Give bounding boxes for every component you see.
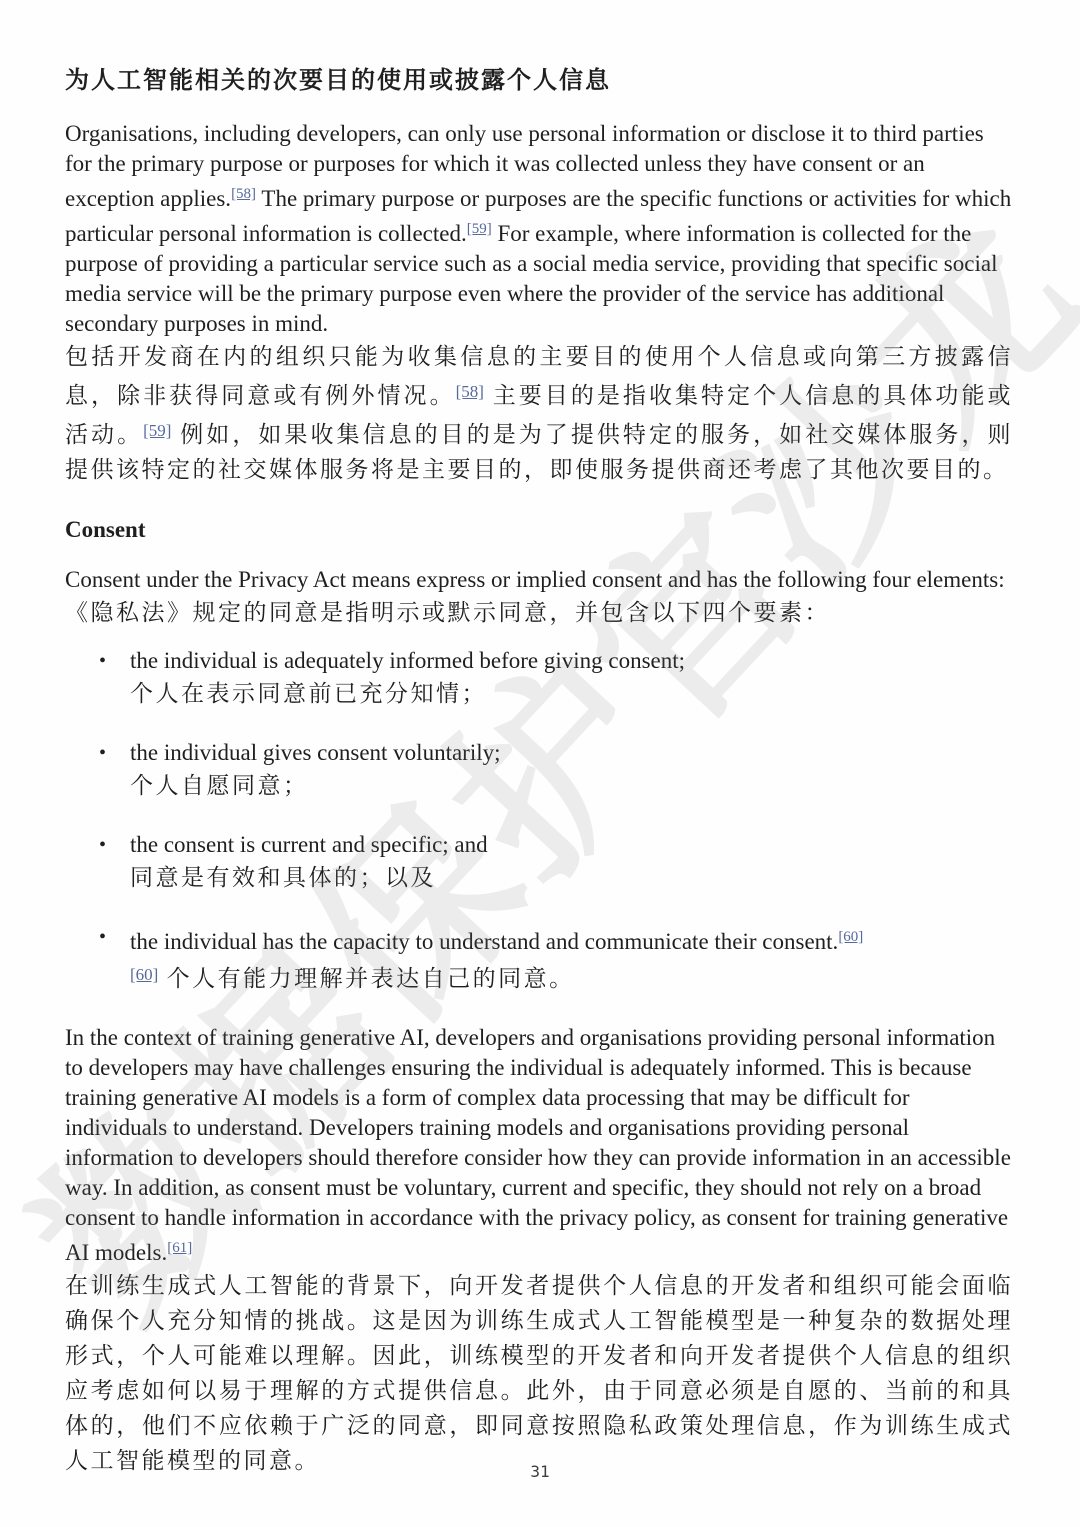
paragraph-secondary-purpose-cn: 包括开发商在内的组织只能为收集信息的主要目的使用个人信息或向第三方披露信息，除非… [65, 339, 1013, 487]
footnote-link-59-cn[interactable]: [59] [143, 421, 171, 440]
list-item-cn: 个人自愿同意； [130, 768, 1013, 803]
consent-intro-cn: 《隐私法》规定的同意是指明示或默示同意，并包含以下四个要素： [65, 595, 1013, 630]
list-item-cn: 个人在表示同意前已充分知情； [130, 676, 1013, 711]
body-text-cn: 例如，如果收集信息的目的是为了提供特定的服务，如社交媒体服务，则提供该特定的社交… [65, 422, 1013, 482]
list-item-voluntary: • the individual gives consent voluntari… [65, 738, 1013, 803]
list-item-en: the individual is adequately informed be… [130, 646, 1013, 676]
list-item-cn: 同意是有效和具体的；以及 [130, 860, 1013, 895]
list-item-en: the individual has the capacity to under… [130, 922, 1013, 957]
paragraph-training-context-cn: 在训练生成式人工智能的背景下，向开发者提供个人信息的开发者和组织可能会面临确保个… [65, 1268, 1013, 1478]
section-heading-secondary-purpose: 为人工智能相关的次要目的使用或披露个人信息 [65, 60, 1013, 95]
paragraph-consent-intro: Consent under the Privacy Act means expr… [65, 565, 1013, 630]
page-number: 31 [0, 1462, 1080, 1481]
body-text-cn: 个人有能力理解并表达自己的同意。 [158, 966, 574, 991]
body-text: the individual has the capacity to under… [130, 929, 838, 954]
footnote-link-58-cn[interactable]: [58] [456, 382, 484, 401]
footnote-link-58[interactable]: [58] [231, 186, 256, 202]
footnote-link-60-cn[interactable]: [60] [130, 965, 158, 984]
page-content: 为人工智能相关的次要目的使用或披露个人信息 Organisations, inc… [65, 60, 1013, 1494]
list-item-current-specific: • the consent is current and specific; a… [65, 830, 1013, 895]
list-item-cn: [60] 个人有能力理解并表达自己的同意。 [130, 957, 1013, 996]
consent-intro-en: Consent under the Privacy Act means expr… [65, 565, 1013, 595]
footnote-link-61[interactable]: [61] [167, 1240, 192, 1256]
consent-elements-list: • the individual is adequately informed … [65, 646, 1013, 996]
paragraph-training-context-en: In the context of training generative AI… [65, 1023, 1013, 1268]
footnote-link-60[interactable]: [60] [838, 929, 863, 945]
bullet-icon: • [99, 830, 106, 860]
document-page: 数据保护官沙龙 为人工智能相关的次要目的使用或披露个人信息 Organisati… [0, 0, 1080, 1527]
body-text: In the context of training generative AI… [65, 1025, 1011, 1265]
list-item-informed: • the individual is adequately informed … [65, 646, 1013, 711]
list-item-en: the individual gives consent voluntarily… [130, 738, 1013, 768]
paragraph-training-context: In the context of training generative AI… [65, 1023, 1013, 1478]
section-heading-consent: Consent [65, 517, 1013, 543]
list-item-capacity: • the individual has the capacity to und… [65, 922, 1013, 996]
bullet-icon: • [99, 738, 106, 768]
paragraph-secondary-purpose-en: Organisations, including developers, can… [65, 119, 1013, 339]
list-item-en: the consent is current and specific; and [130, 830, 1013, 860]
paragraph-secondary-purpose: Organisations, including developers, can… [65, 119, 1013, 487]
footnote-link-59[interactable]: [59] [467, 221, 492, 237]
bullet-icon: • [99, 922, 106, 952]
bullet-icon: • [99, 646, 106, 676]
